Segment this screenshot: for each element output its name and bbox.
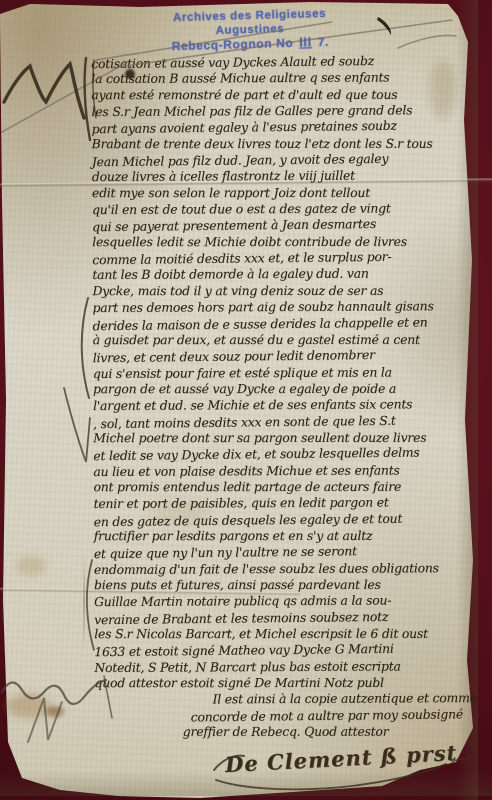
manuscript-line: edit mye son selon le rapport Joiz dont … <box>92 185 478 202</box>
manuscript-line: Dycke, mais tod il y at ving deniz souz … <box>92 283 478 300</box>
manuscript-line: part ayans avoient egaley à l'esus preta… <box>92 117 478 138</box>
manuscript-line: greffier de Rebecq. Quod attestor <box>183 724 481 741</box>
manuscript-line: pargon de et aussé vay Dycke a egaley de… <box>93 381 479 398</box>
manuscript-line: quod attestor estoit signé De Martini No… <box>94 675 480 692</box>
manuscript-line: Notedit, S Petit, N Barcart plus bas est… <box>94 658 480 676</box>
manuscript-line: qui se payerat presentement à Jean desma… <box>92 215 478 236</box>
manuscript-line: ont promis entendus ledit partage de act… <box>93 479 479 496</box>
manuscript-line: tant les B doibt demorde à la egaley dud… <box>92 265 478 283</box>
manuscript-line: endommaig d'un fait de l'esse soubz les … <box>94 560 480 578</box>
document-photo: Archives des Religieuses Augustines Rebe… <box>0 0 492 800</box>
manuscript-line: douze livres à icelles flastrontz le vii… <box>92 167 478 185</box>
manuscript-line: Il est ainsi à la copie autzentique et c… <box>213 690 481 708</box>
manuscript-text-block: cotisation et aussé vay Dyckes Alault ed… <box>91 53 481 741</box>
manuscript-line: biens puts et futures, ainsi passé parde… <box>94 577 480 594</box>
manuscript-line: au lieu et von plaise desdits Michue et … <box>93 462 479 480</box>
manuscript-line: ayant esté remonstré de part et d'ault e… <box>91 87 477 104</box>
manuscript-line: qui s'ensist pour faire et esté splique … <box>93 364 479 382</box>
manuscript-line: concorde de mot a aultre par moy soubsig… <box>191 706 481 726</box>
manuscript-line: la cotisation B aussé Michue aultre q se… <box>91 69 477 87</box>
